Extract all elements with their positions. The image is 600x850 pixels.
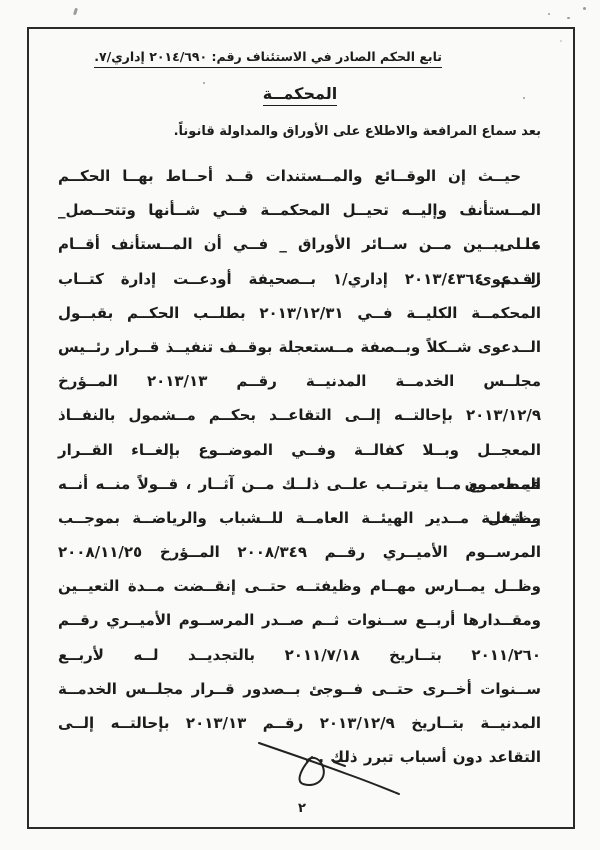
body-line: مجلــس الخدمــة المدنيــة رقــم ٢٠١٣/١٣ … <box>58 364 541 398</box>
scanned-judgment-page: تابع الحكم الصادر في الاستئناف رقم: ٢٠١٤… <box>0 0 600 850</box>
page-number: ٢ <box>298 801 306 816</box>
header-case-reference: تابع الحكم الصادر في الاستئناف رقم: ٢٠١٤… <box>94 49 442 68</box>
scan-artifact <box>73 8 78 16</box>
body-line: وظــل يمــارس مهــام وظيفتــه حتــى إنقـ… <box>58 569 541 603</box>
body-line: المدنيــة بتــاريخ ٢٠١٣/١٢/٩ رقــم ٢٠١٣/… <box>58 706 541 740</box>
body-line: الــدعوى شــكلاً وبــصفة مــستعجلة بوقــ… <box>58 330 541 364</box>
court-heading: المحكمــة <box>263 84 337 106</box>
judgment-body: حيــث إن الوقــائع والمــستندات قــد أحـ… <box>58 159 541 774</box>
body-line: المحكمــة الكليــة فــي ٢٠١٣/١٢/٣١ بطلــ… <box>58 296 541 330</box>
scan-artifact <box>548 13 550 15</box>
section-title-container: المحكمــة <box>0 84 600 106</box>
scan-artifact <box>583 7 586 10</box>
body-line: المــستأنف وإليــه تحيــل المحكمــة فــي… <box>58 193 541 227</box>
body-line: رقــم ٢٠١٣/٤٣٦٤ إداري/١ بــصحيفة أودعــت… <box>58 262 541 296</box>
body-line: مــا يبــين مــن ســائر الأوراق _ فــي أ… <box>58 227 541 261</box>
body-line: المرســوم الأميــري رقــم ٢٠٠٨/٣٤٩ المــ… <box>58 535 541 569</box>
preamble-text: بعد سماع المرافعة والاطلاع على الأوراق و… <box>174 124 541 139</box>
signature-scribble <box>252 737 404 801</box>
body-line: ٢٠١٣/١٢/٩ بإحالتــه إلــى التقاعــد بحكـ… <box>58 398 541 432</box>
body-line: ومقــدارها أربــع ســنوات ثــم صــدر الم… <box>58 603 541 637</box>
body-line: المعجــل وبــلا كفالــة وفــي الموضــوع … <box>58 433 541 467</box>
body-line: ٢٠١١/٢٦٠ بتــاريخ ٢٠١١/٧/١٨ بالتجديــد ل… <box>58 638 541 672</box>
body-line: فيــه مــع مــا يترتــب علــى ذلــك مــن… <box>58 467 541 501</box>
body-line: حيــث إن الوقــائع والمــستندات قــد أحـ… <box>58 159 541 193</box>
body-line: ســنوات أخــرى حتــى فــوجئ بــصدور قــر… <box>58 672 541 706</box>
scan-artifact <box>567 17 570 19</box>
body-line: وظيفــة مــدير الهيئــة العامــة للــشبا… <box>58 501 541 535</box>
